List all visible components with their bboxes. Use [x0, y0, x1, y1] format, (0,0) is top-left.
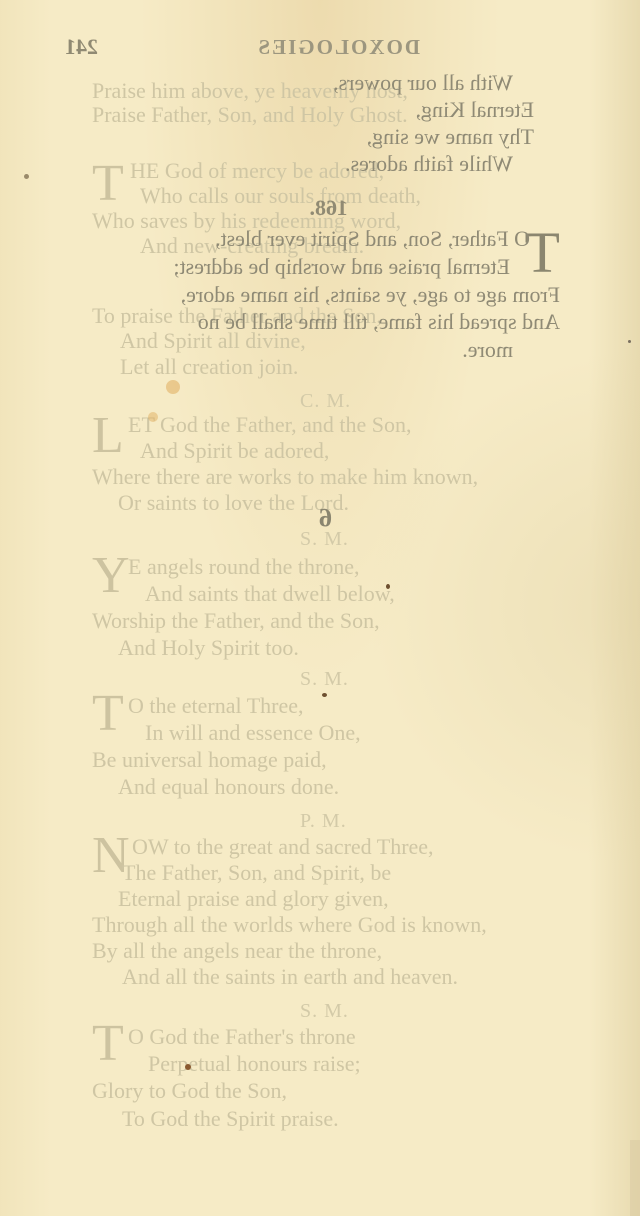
foxing-spot: [148, 412, 158, 422]
bleed-line: O Father, Son, and Spirit ever blest,: [215, 228, 530, 250]
running-head: DOXOLOGIES: [256, 35, 420, 60]
page-number: 241: [65, 34, 98, 60]
bleed-through-text: 241 DOXOLOGIES With all our powers, Eter…: [0, 0, 640, 1216]
speck: [322, 693, 327, 697]
bleed-line: And spread his fame, till time shall be …: [198, 311, 560, 333]
speck: [24, 174, 29, 179]
signature-mark: 9: [319, 502, 332, 532]
bleed-line: Eternal King,: [415, 99, 534, 121]
speck: [185, 1064, 191, 1070]
bleed-line: While faith adores.: [345, 153, 513, 175]
bleed-line: From age to age, ye saints, his name ado…: [181, 284, 560, 306]
speck: [628, 340, 631, 343]
bleed-line: With all our powers,: [333, 72, 513, 94]
bleed-line: Thy name we sing,: [367, 126, 534, 148]
foxing-spot: [166, 380, 180, 394]
hymn-number: 168.: [310, 195, 349, 221]
page-edge: [630, 1140, 640, 1216]
bleed-line: more.: [462, 339, 513, 361]
bleed-line: Eternal praise and worship be addrest;: [173, 256, 510, 278]
speck: [386, 584, 390, 589]
